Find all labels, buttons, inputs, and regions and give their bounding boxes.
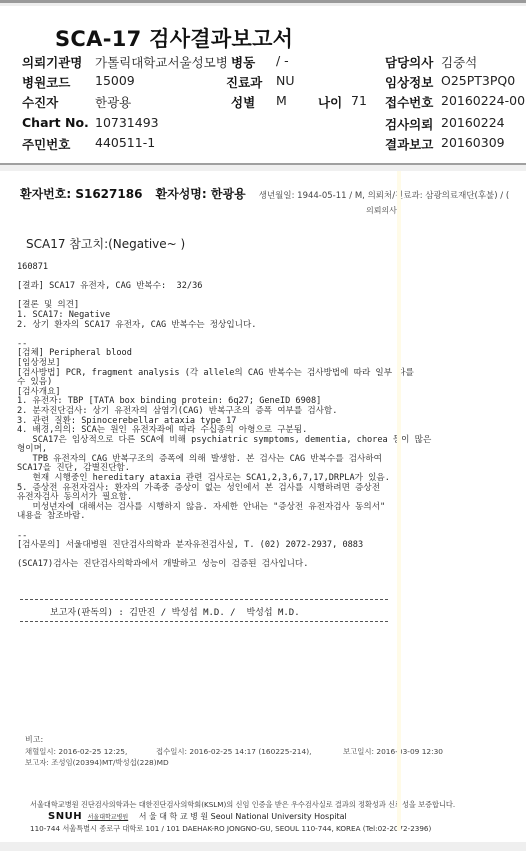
patient-name: 환자성명: 한광용 <box>156 187 246 201</box>
header-row-1: 의뢰기관명 가톨릭대학교서울성모병 병동 / - 담당의사 김중석 <box>0 53 526 73</box>
header-row-5: 주민번호 440511-1 결과보고 20160309 <box>0 135 526 155</box>
resident-no-label: 주민번호 <box>22 135 70 153</box>
report-date-value: 20160309 <box>441 135 505 150</box>
sex-value: M <box>276 93 287 108</box>
institution-value: 가톨릭대학교서울성모병 <box>95 53 228 71</box>
remarks-label: 비고: <box>25 734 43 745</box>
patient-label: 수진자 <box>22 93 58 111</box>
referring-doctor: 의뢰의사: <box>366 205 400 216</box>
hospital-logo-line: SNUH 서울대학교병원 서 울 대 학 교 병 원 Seoul Nationa… <box>48 811 347 822</box>
ward-label: 병동 <box>231 53 255 71</box>
institution-label: 의뢰기관명 <box>22 53 82 71</box>
patient-info-line: 환자번호: S1627186 환자성명: 한광용 생년월일: 1944-05-1… <box>20 183 509 202</box>
hospital-name: 서 울 대 학 교 병 원 Seoul National University … <box>139 812 347 821</box>
collection-time: 채혈일시: 2016-02-25 12:25, <box>25 746 127 757</box>
header-row-2: 병원코드 15009 진료과 NU 임상정보 O25PT3PQ0 <box>0 73 526 93</box>
reporters: 보고자: 조성임(20394)MT/박성섭(228)MD <box>25 757 169 768</box>
chart-no-label: Chart No. <box>22 115 89 130</box>
receipt-time: 접수일시: 2016-02-25 14:17 (160225-214), <box>156 746 311 757</box>
doctor-label: 담당의사 <box>385 53 433 71</box>
reference-value: SCA17 참고치:(Negative~ ) <box>26 235 185 252</box>
chart-no-value: 10731493 <box>95 115 159 130</box>
snuh-logo: SNUH <box>48 811 82 822</box>
certification-text: 서울대학교병원 진단검사의학과는 대한진단검사의학회(KSLM)의 신임 인증을… <box>30 800 455 810</box>
receipt-no-label: 접수번호 <box>385 93 433 111</box>
header-row-3: 수진자 한광용 성별 M 나이 71 접수번호 20160224-001 <box>0 93 526 113</box>
request-date-label: 검사의뢰 <box>385 115 433 133</box>
sex-label: 성별 <box>231 93 255 111</box>
result-body: 160871 [결과] SCA17 유전자, CAG 반복수: 32/36 [결… <box>17 263 431 570</box>
resident-no-value: 440511-1 <box>95 135 155 150</box>
doctor-value: 김중석 <box>441 53 477 71</box>
scan-bottom-band <box>0 842 526 851</box>
age-value: 71 <box>351 93 367 108</box>
department-value: NU <box>276 73 295 88</box>
scan-fold-line <box>397 171 401 831</box>
hospital-code-value: 15009 <box>95 73 135 88</box>
ward-value: / - <box>276 53 289 68</box>
receipt-no-value: 20160224-001 <box>441 93 526 108</box>
patient-number: 환자번호: S1627186 <box>20 187 142 201</box>
dashed-rule-bottom <box>20 621 388 622</box>
dashed-rule-top <box>20 599 388 600</box>
age-label: 나이 <box>318 93 342 111</box>
clinical-info-label: 임상정보 <box>385 73 433 91</box>
hospital-address: 110-744 서울특별시 종로구 대학로 101 / 101 DAEHAK-R… <box>30 824 431 834</box>
clinical-info-value: O25PT3PQ0 <box>441 73 515 88</box>
department-label: 진료과 <box>226 73 262 91</box>
request-date-value: 20160224 <box>441 115 505 130</box>
reporter-line: 보고자(판독의) : 김만진 / 박성섭 M.D. / 박성섭 M.D. <box>50 605 300 618</box>
scanned-report: 환자번호: S1627186 환자성명: 한광용 생년월일: 1944-05-1… <box>0 171 526 831</box>
report-date-label: 결과보고 <box>385 135 433 153</box>
report-time: 보고일시: 2016-03-09 12:30 <box>343 746 443 757</box>
report-title: SCA-17 검사결과보고서 <box>55 23 293 53</box>
logo-subtext: 서울대학교병원 <box>88 814 129 821</box>
hospital-code-label: 병원코드 <box>22 73 70 91</box>
patient-value: 한광용 <box>95 93 131 111</box>
birth-referral-info: 생년월일: 1944-05-11 / M, 의뢰처/진료과: 삼광의료재단(후불… <box>259 191 509 201</box>
report-header: SCA-17 검사결과보고서 의뢰기관명 가톨릭대학교서울성모병 병동 / - … <box>0 6 526 163</box>
header-row-4: Chart No. 10731493 검사의뢰 20160224 <box>0 115 526 135</box>
